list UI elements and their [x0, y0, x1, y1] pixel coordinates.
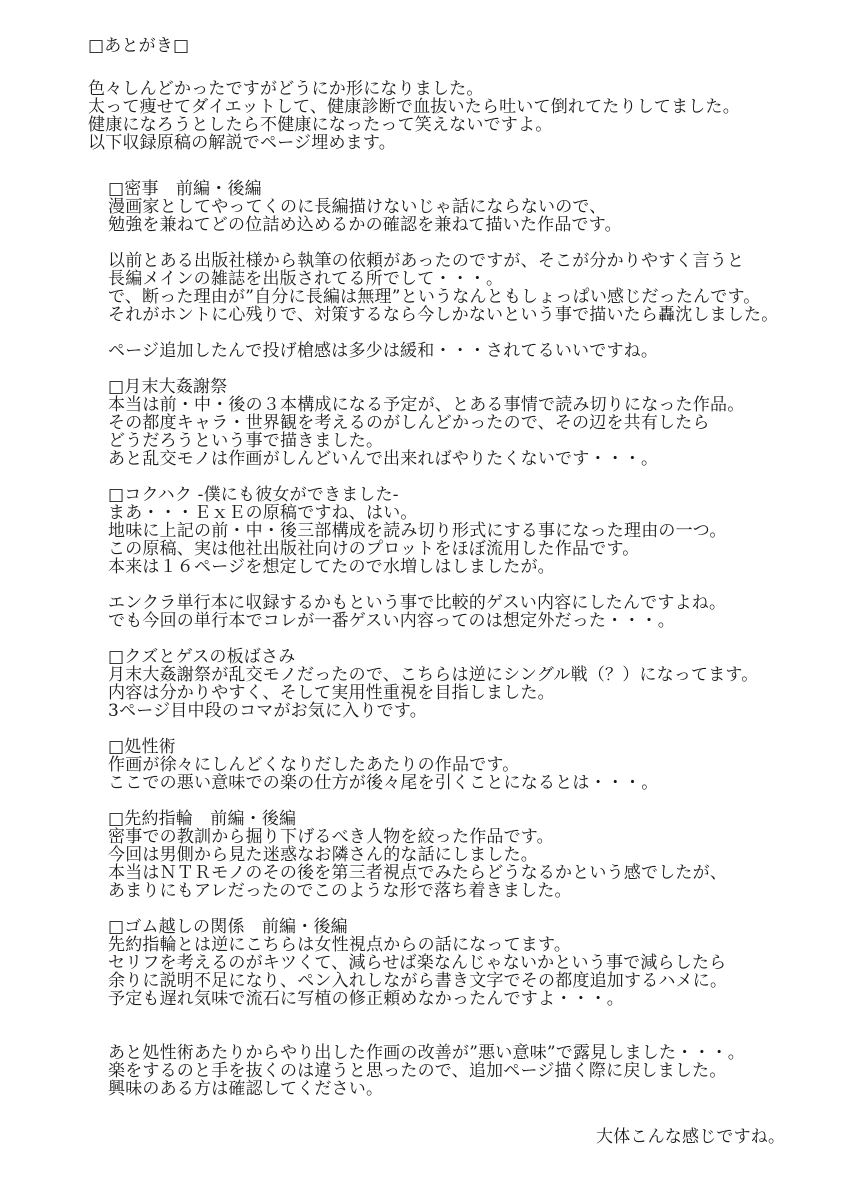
section-heading: □密事 前編・後編	[108, 180, 262, 198]
section-line: 予定も遅れ気味で流石に写植の修正頼めなかったんですよ・・・。	[108, 990, 624, 1008]
section-line: この原稿、実は他社出版社向けのプロットをほぼ流用した作品です。	[108, 540, 640, 558]
section-line: 以前とある出版社様から執筆の依頼があったのですが、そこが分かりやすく言うと	[108, 252, 744, 270]
section-line: 余りに説明不足になり、ペン入れしながら書き文字でその都度追加するハメに。	[108, 972, 727, 990]
intro-line: 以下収録原稿の解説でページ埋めます。	[88, 134, 396, 152]
closing-line: 興味のある方は確認してください。	[108, 1080, 383, 1098]
section-line: 漫画家としてやってくのに長編描けないじゃ話にならないので、	[108, 198, 606, 216]
section-line: セリフを考えるのがキツくて、減らせば楽なんじゃないかという事で減らしたら	[108, 954, 726, 972]
section-line: あまりにもアレだったのでこのような形で落ち着きました。	[108, 882, 572, 900]
section-line: で、断った理由が”自分に長編は無理”というなんともしょっぱい感じだったんです。	[108, 288, 760, 306]
intro-line: 健康になろうとしたら不健康になったって笑えないですよ。	[88, 116, 552, 134]
section-line: 本当は前・中・後の３本構成になる予定が、とある事情で読み切りになった作品。	[108, 396, 744, 414]
closing-line: あと処性術あたりからやり出した作画の改善が”悪い意味”で露見しました・・・。	[108, 1044, 745, 1062]
section-heading: □クズとゲスの板ばさみ	[108, 648, 295, 666]
intro-line: 色々しんどかったですがどうにか形になりました。	[88, 80, 484, 98]
section-line: その都度キャラ・世界観を考えるのがしんどかったので、その辺を共有したら	[108, 414, 710, 432]
section-line: 本当はＮＴＲモノのその後を第三者視点でみたらどうなるかという感でしたが、	[108, 864, 727, 882]
section-line: それがホントに心残りで、対策するなら今しかないという事で描いたら轟沈しました。	[108, 306, 778, 324]
page-title: □あとがき□	[88, 37, 189, 55]
section-line: でも今回の単行本でコレが一番ゲスい内容ってのは想定外だった・・・。	[108, 612, 675, 630]
section-heading: □月末大姦謝祭	[108, 378, 227, 396]
section-line: 本来は１６ページを想定してたので水増しはしましたが。	[108, 558, 555, 576]
section-line: ここでの悪い意味での楽の仕方が後々尾を引くことになるとは・・・。	[108, 774, 658, 792]
section-line: 密事での教訓から掘り下げるべき人物を絞った作品です。	[108, 828, 554, 846]
section-heading: □処性術	[108, 738, 176, 756]
section-line: 内容は分かりやすく、そして実用性重視を目指しました。	[108, 684, 555, 702]
signoff: 大体こんな感じですね。	[596, 1128, 785, 1146]
afterword-page: □あとがき□ 色々しんどかったですがどうにか形になりました。 太って痩せてダイエ…	[0, 0, 846, 1200]
section-line: 先約指輪とは逆にこちらは女性視点からの話になってます。	[108, 936, 571, 954]
section-line: あと乱交モノは作画がしんどいんで出来ればやりたくないです・・・。	[108, 450, 658, 468]
section-heading: □コクハク -僕にも彼女ができました-	[108, 486, 399, 504]
closing-line: 楽をするのと手を抜くのは違うと思ったので、追加ページ描く際に戻しました。	[108, 1062, 727, 1080]
section-line: どうだろうという事で描きました。	[108, 432, 383, 450]
section-heading: □ゴム越しの関係 前編・後編	[108, 918, 348, 936]
intro-line: 太って痩せてダイエットして、健康診断で血抜いたら吐いて倒れてたりしてました。	[88, 98, 740, 116]
section-line: 勉強を兼ねてどの位詰め込めるかの確認を兼ねて描いた作品です。	[108, 216, 622, 234]
section-line: 月末大姦謝祭が乱交モノだったので、こちらは逆にシングル戦（？）になってます。	[108, 666, 758, 684]
section-heading: □先約指輪 前編・後編	[108, 810, 296, 828]
section-line: 地味に上記の前・中・後三部構成を読み切り形式にする事になった理由の一つ。	[108, 522, 727, 540]
section-line: 3ページ目中段のコマがお気に入りです。	[108, 702, 427, 720]
section-line: ページ追加したんで投げ槍感は多少は緩和・・・されてるいいですね。	[108, 342, 658, 360]
section-line: 今回は男側から見た迷惑なお隣さん的な話にしました。	[108, 846, 538, 864]
section-line: 長編メインの雑誌を出版されてる所でして・・・。	[108, 270, 503, 288]
section-line: エンクラ単行本に収録するかもという事で比較的ゲスい内容にしたんですよね。	[108, 594, 726, 612]
section-line: まあ・・・ＥｘＥの原稿ですね、はい。	[108, 504, 418, 522]
section-line: 作画が徐々にしんどくなりだしたあたりの作品です。	[108, 756, 519, 774]
